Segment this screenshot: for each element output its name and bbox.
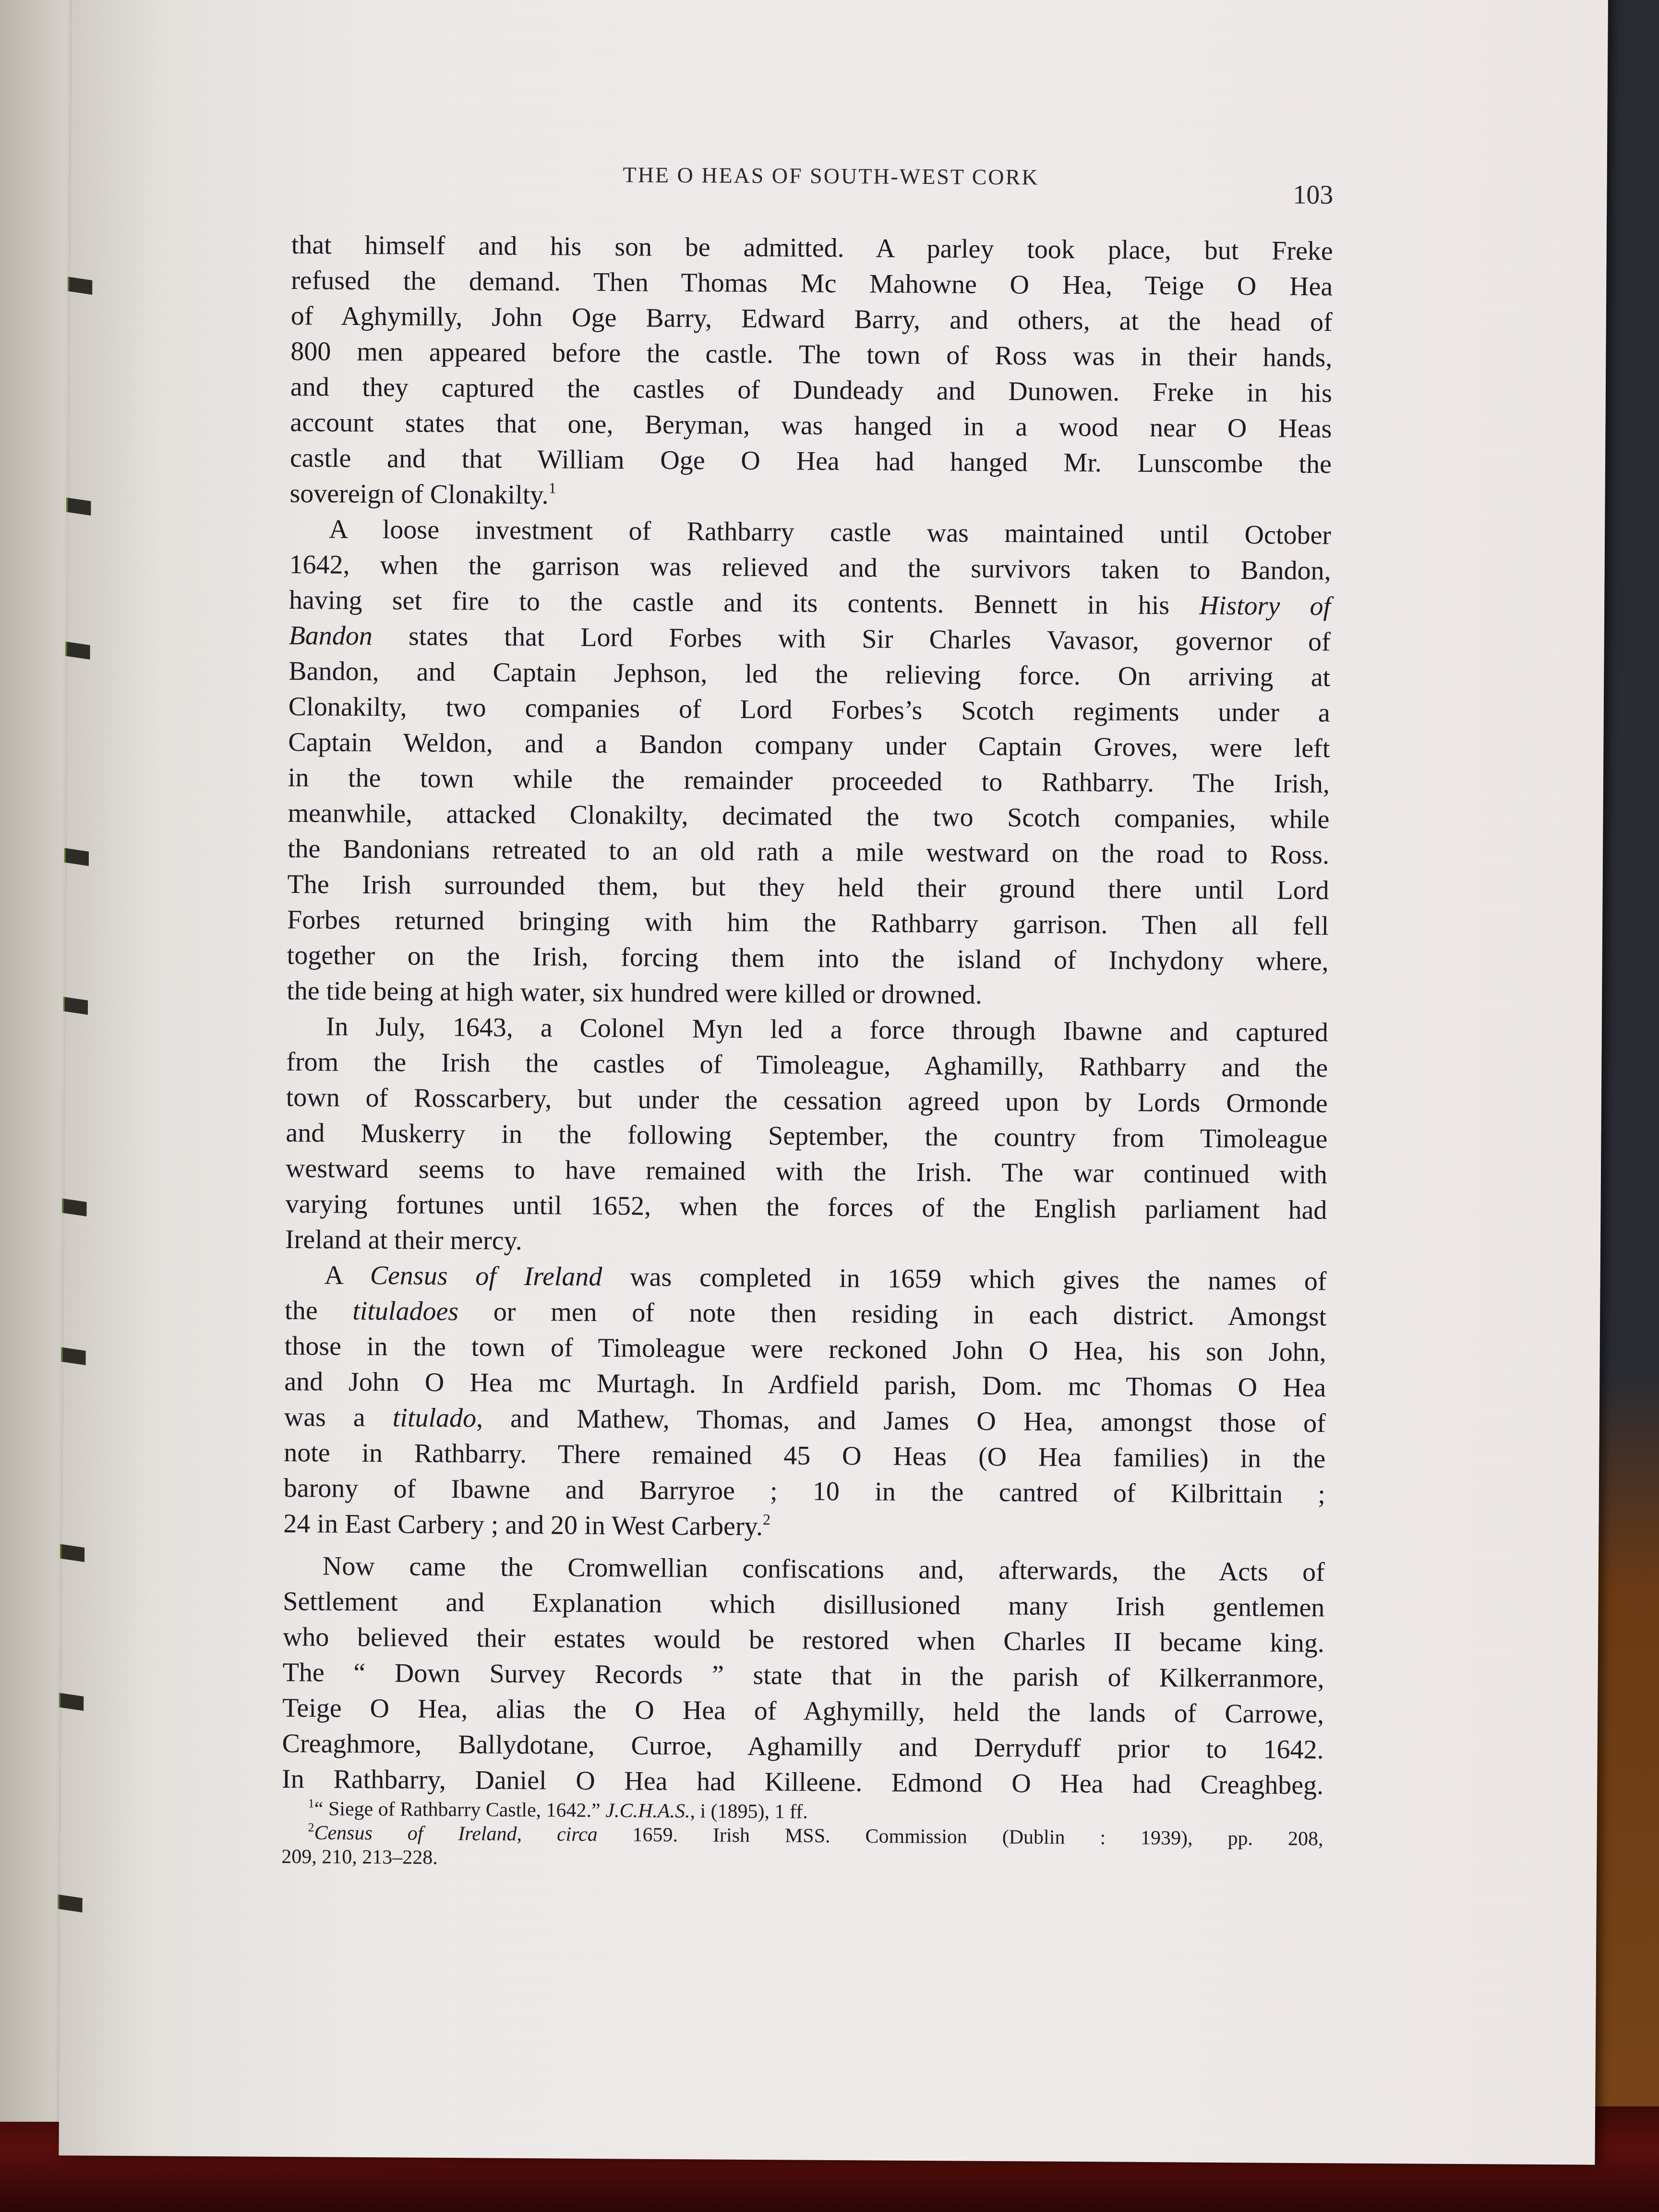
footnote-text: , i (1895), 1 ff. xyxy=(690,1800,808,1823)
binding-stitch-icon xyxy=(62,1199,86,1216)
body-text: that himself and his son be admitted. A … xyxy=(282,227,1333,1803)
text-line: that himself and his son be admitted. A … xyxy=(291,227,1333,269)
text-line: Settlement and Explanation which disillu… xyxy=(283,1584,1324,1625)
footnote-ref-2[interactable]: 2 xyxy=(763,1511,770,1528)
text-line: A loose investment of Rathbarry castle w… xyxy=(289,511,1331,553)
text-line: in the town while the remainder proceede… xyxy=(288,760,1330,802)
text-span: 24 in East Carbery ; and 20 in West Carb… xyxy=(283,1509,763,1541)
footnote-ref-1[interactable]: 1 xyxy=(549,479,556,496)
text-span: having set fire to the castle and its co… xyxy=(289,585,1200,621)
page-number: 103 xyxy=(1293,180,1333,211)
binding-stitch-icon xyxy=(68,277,92,295)
footnotes: 1“ Siege of Rathbarry Castle, 1642.” J.C… xyxy=(281,1797,1323,1875)
text-line: from the Irish the castles of Timoleague… xyxy=(286,1044,1328,1086)
text-line: refused the demand. Then Thomas Mc Mahow… xyxy=(291,263,1333,304)
text-line: The Irish surrounded them, but they held… xyxy=(287,866,1329,908)
text-line: the tide being at high water, six hundre… xyxy=(287,973,1328,1015)
text-line: together on the Irish, forcing them into… xyxy=(287,938,1328,979)
binding-stitch-icon xyxy=(59,1693,84,1711)
footnote-text: 1659. Irish MSS. Commission (Dublin : 19… xyxy=(598,1824,1323,1850)
footnote-marker: 1 xyxy=(308,1796,314,1810)
binding-stitch-icon xyxy=(65,642,90,660)
text-line: Now came the Cromwellian confiscations a… xyxy=(283,1548,1325,1590)
journal-abbrev-italic: J.C.H.A.S. xyxy=(605,1800,690,1822)
text-line: Bandon, and Captain Jephson, led the rel… xyxy=(289,653,1330,695)
text-line: The “ Down Survey Records ” state that i… xyxy=(282,1655,1324,1696)
text-span: sovereign of Clonakilty. xyxy=(289,479,549,510)
running-head: THE O HEAS OF SOUTH-WEST CORK 103 xyxy=(291,160,1334,209)
text-line: Creaghmore, Ballydotane, Curroe, Aghamil… xyxy=(282,1726,1323,1767)
footnote-text: “ Siege of Rathbarry Castle, 1642.” xyxy=(314,1798,606,1822)
text-line: and they captured the castles of Dundead… xyxy=(290,369,1332,411)
text-line: who believed their estates would be rest… xyxy=(283,1619,1324,1661)
paragraph-1: that himself and his son be admitted. A … xyxy=(289,227,1333,517)
text-span: , and Mathew, Thomas, and James O Hea, a… xyxy=(476,1403,1326,1438)
text-line: varying fortunes until 1652, when the fo… xyxy=(285,1186,1327,1228)
text-span: was a xyxy=(284,1402,393,1432)
text-line: account states that one, Beryman, was ha… xyxy=(290,405,1332,446)
book-title-italic: Census of Ireland, circa xyxy=(314,1822,597,1846)
text-line: A Census of Ireland was completed in 165… xyxy=(285,1257,1326,1299)
text-span: states that Lord Forbes with Sir Charles… xyxy=(373,621,1331,657)
text-line: having set fire to the castle and its co… xyxy=(289,582,1331,624)
term-italic: tituladoes xyxy=(352,1296,458,1326)
text-line: barony of Ibawne and Barryroe ; 10 in th… xyxy=(284,1470,1325,1512)
text-line: 1642, when the garrison was relieved and… xyxy=(289,547,1331,589)
text-line: castle and that William Oge O Hea had ha… xyxy=(290,440,1332,482)
text-line: and Muskerry in the following September,… xyxy=(286,1115,1327,1157)
text-line: those in the town of Timoleague were rec… xyxy=(285,1328,1326,1370)
text-line: Ireland at their mercy. xyxy=(285,1222,1327,1263)
book-title-italic: Census of Ireland xyxy=(370,1261,602,1292)
text-span: the xyxy=(285,1296,353,1326)
text-line: Teige O Hea, alias the O Hea of Aghymill… xyxy=(282,1690,1324,1732)
text-line: In July, 1643, a Colonel Myn led a force… xyxy=(287,1009,1328,1050)
binding-stitch-icon xyxy=(64,848,89,866)
footnote-marker: 2 xyxy=(308,1820,314,1834)
binding-stitch-icon xyxy=(60,1544,84,1562)
paragraph-5: Now came the Cromwellian confiscations a… xyxy=(282,1548,1325,1803)
text-line: Captain Weldon, and a Bandon company und… xyxy=(288,724,1330,766)
text-line: the Bandonians retreated to an old rath … xyxy=(288,831,1329,873)
text-line: Bandon states that Lord Forbes with Sir … xyxy=(289,618,1331,660)
paragraph-3: In July, 1643, a Colonel Myn led a force… xyxy=(285,1009,1328,1263)
text-line: and John O Hea mc Murtagh. In Ardfield p… xyxy=(284,1364,1326,1406)
text-line: westward seems to have remained with the… xyxy=(286,1151,1327,1192)
book-title-italic: History of xyxy=(1199,591,1331,622)
text-line: 24 in East Carbery ; and 20 in West Carb… xyxy=(283,1506,1325,1548)
text-line: In Rathbarry, Daniel O Hea had Killeene.… xyxy=(282,1761,1323,1803)
text-line: sovereign of Clonakilty.1 xyxy=(289,476,1331,517)
text-line: of Aghymilly, John Oge Barry, Edward Bar… xyxy=(291,298,1333,340)
text-span: or men of note then residing in each dis… xyxy=(458,1297,1326,1332)
paragraph-2: A loose investment of Rathbarry castle w… xyxy=(287,511,1331,1015)
binding-stitch-icon xyxy=(63,997,88,1015)
text-line: the tituladoes or men of note then resid… xyxy=(285,1293,1326,1334)
binding-stitch-icon xyxy=(66,498,91,516)
term-italic: titulado xyxy=(393,1403,477,1433)
book-page: THE O HEAS OF SOUTH-WEST CORK 103 that h… xyxy=(59,0,1608,2165)
text-line: Forbes returned bringing with him the Ra… xyxy=(287,902,1329,944)
paragraph-4: A Census of Ireland was completed in 165… xyxy=(283,1257,1327,1548)
text-span: A xyxy=(324,1260,370,1290)
photo-scene: THE O HEAS OF SOUTH-WEST CORK 103 that h… xyxy=(0,0,1659,2212)
binding-stitch-icon xyxy=(58,1895,83,1912)
text-line: meanwhile, attacked Clonakilty, decimate… xyxy=(288,795,1329,837)
text-line: town of Rosscarbery, but under the cessa… xyxy=(286,1080,1328,1121)
text-span: was completed in 1659 which gives the na… xyxy=(602,1262,1327,1296)
text-line: note in Rathbarry. There remained 45 O H… xyxy=(284,1435,1325,1477)
running-title: THE O HEAS OF SOUTH-WEST CORK xyxy=(623,162,1039,190)
binding-stitch-icon xyxy=(61,1347,86,1365)
text-line: was a titulado, and Mathew, Thomas, and … xyxy=(284,1399,1326,1441)
text-line: Clonakilty, two companies of Lord Forbes… xyxy=(289,689,1330,731)
book-title-italic: Bandon xyxy=(289,621,373,651)
text-line: 800 men appeared before the castle. The … xyxy=(290,334,1332,375)
